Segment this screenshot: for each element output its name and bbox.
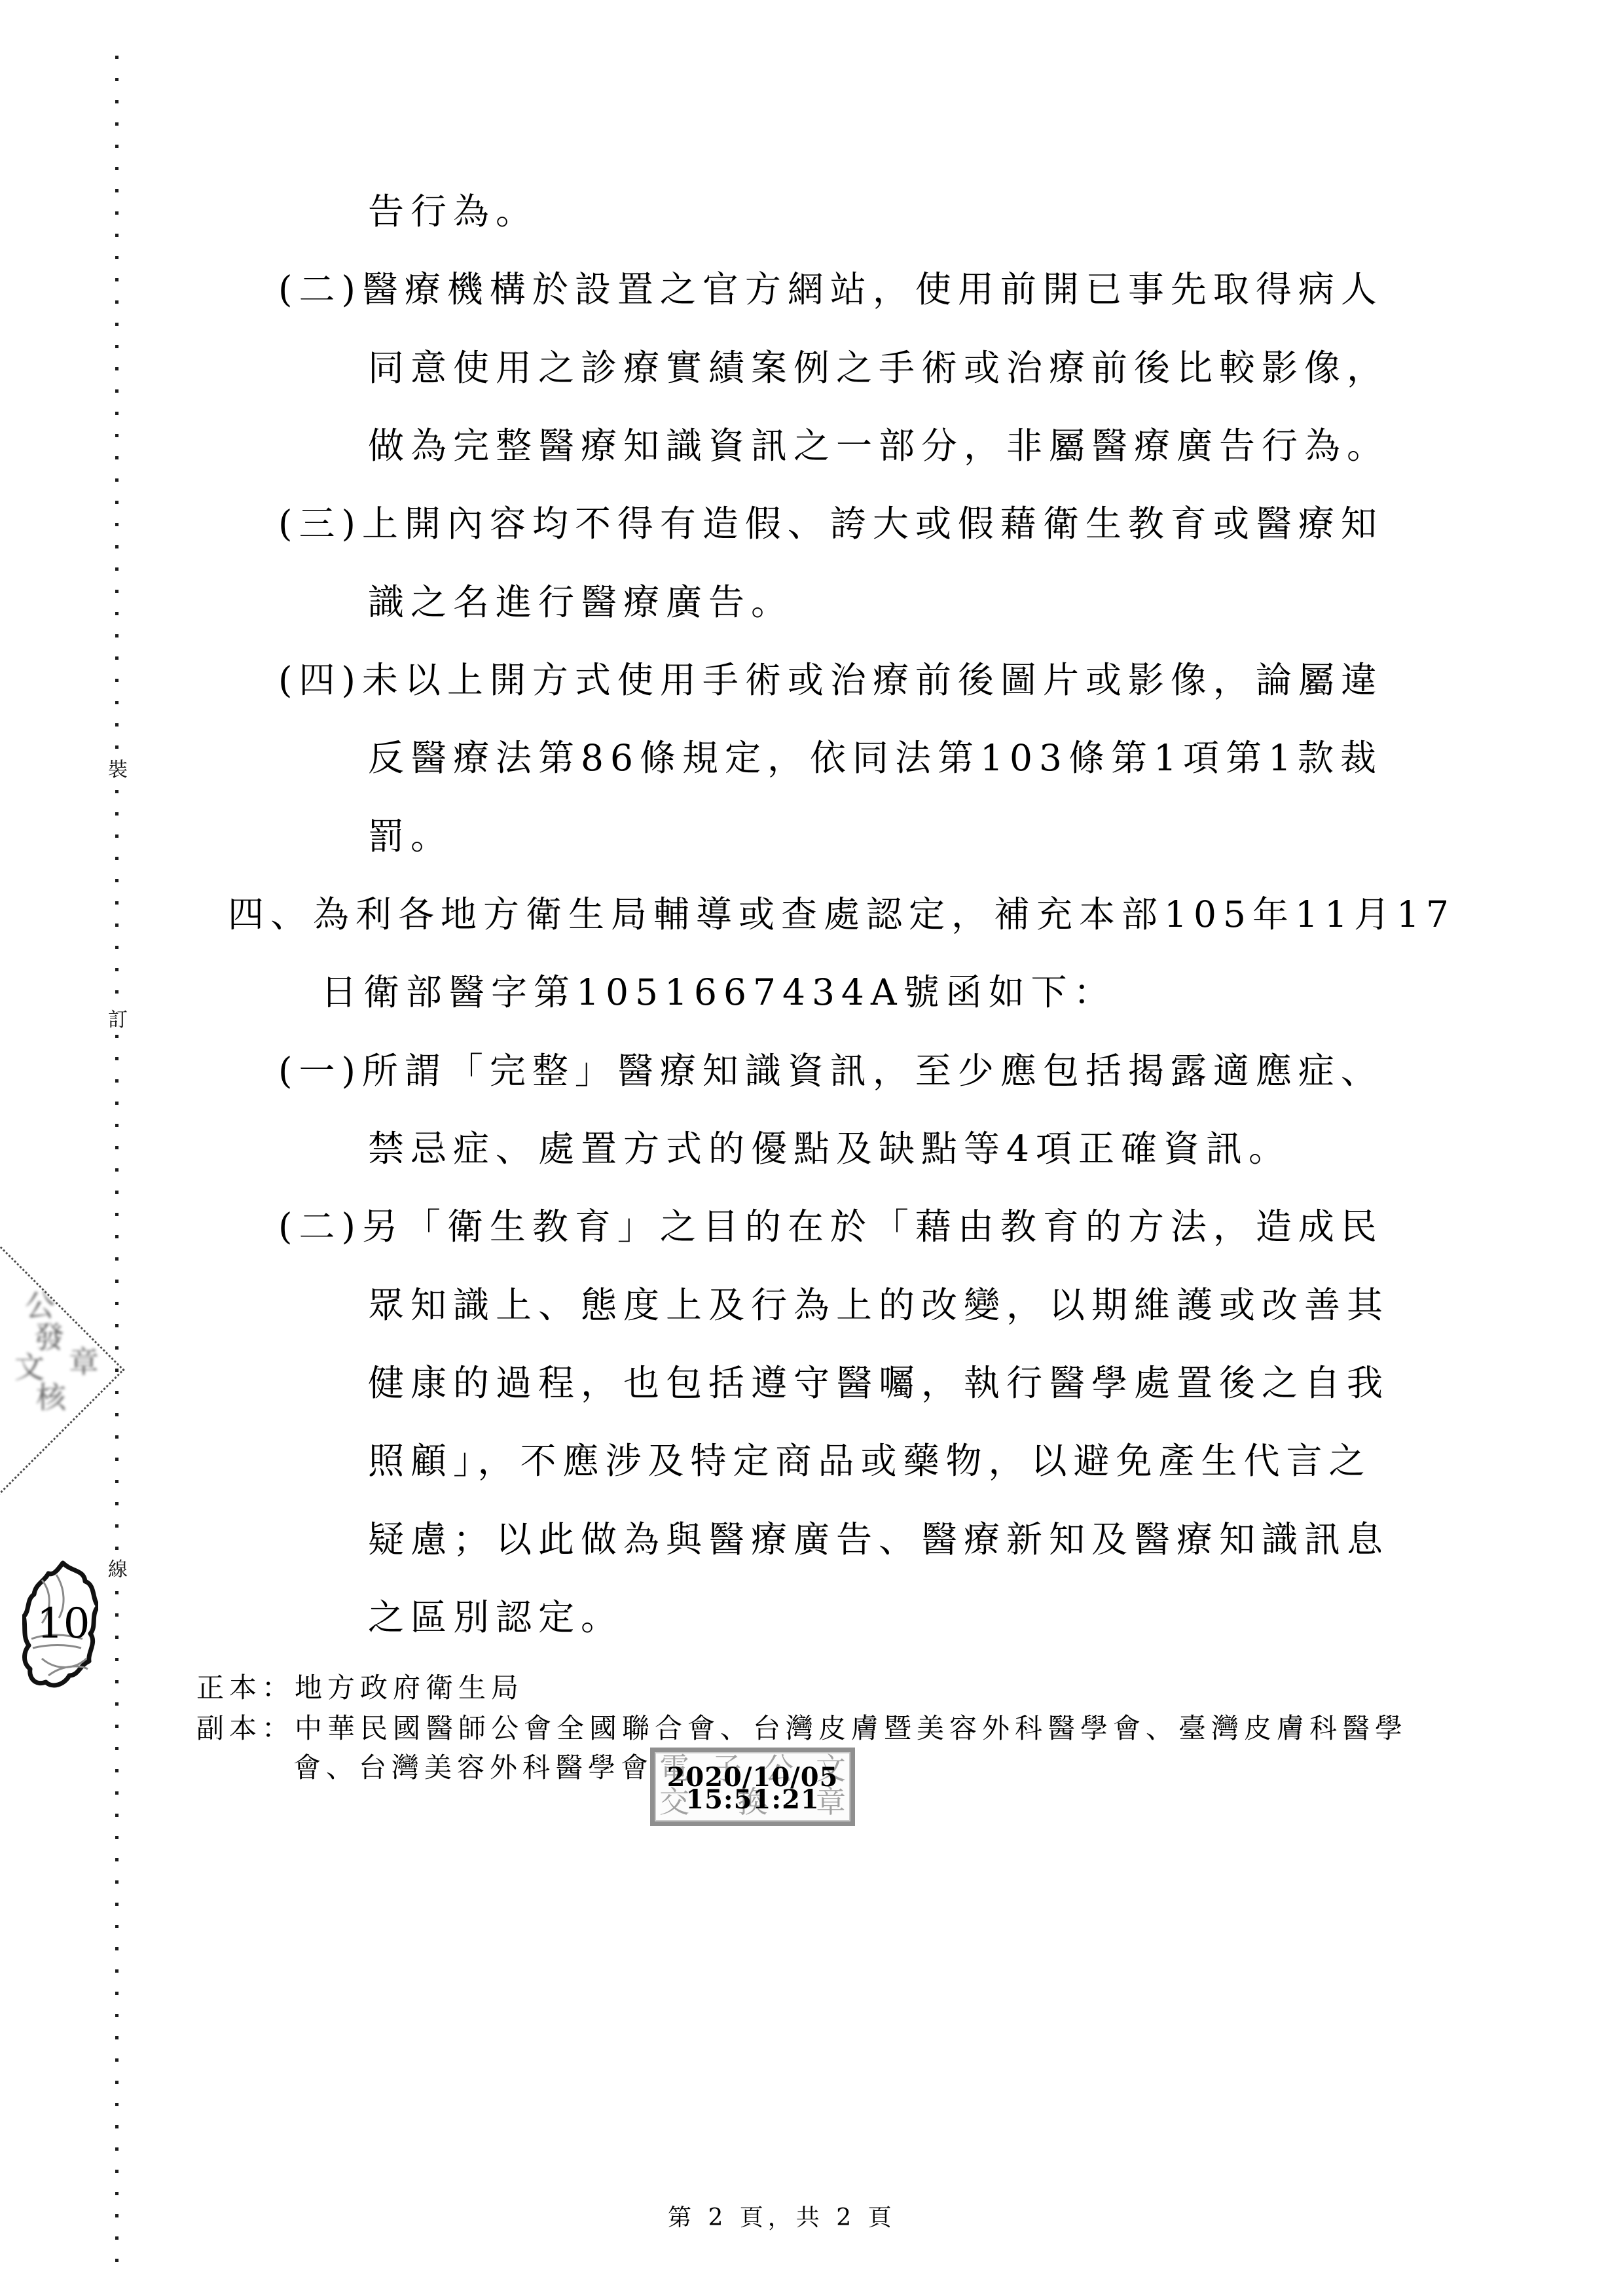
electronic-exchange-stamp: 電 子 公 文 交 換 章 2020/10/05 15:51:21 xyxy=(650,1748,855,1826)
page-number-footer: 第 2 頁，共 2 頁 xyxy=(668,2199,896,2233)
recipient-copy-line1: 副本：中華民國醫師公會全國聯合會、台灣皮膚暨美容外科醫學會、臺灣皮膚科醫學 xyxy=(196,1713,1408,1745)
body-line: 日衛部醫字第1051667434A號函如下： xyxy=(321,973,1116,1013)
page-stamp-number: 10 xyxy=(37,1600,90,1648)
body-line: 做為完整醫療知識資訊之一部分，非屬醫療廣告行為。 xyxy=(368,426,1389,467)
recipient-original-line: 正本：地方政府衛生局 xyxy=(196,1673,524,1704)
body-line: 健康的過程，也包括遵守醫囑，執行醫學處置後之自我 xyxy=(368,1363,1389,1404)
diamond-seal-char: 發 xyxy=(34,1322,64,1352)
body-line: 反醫療法第86條規定，依同法第103條第1項第1款裁 xyxy=(368,738,1383,779)
body-line: 識之名進行醫療廣告。 xyxy=(368,583,793,623)
binding-dotted-line xyxy=(115,56,119,2274)
body-line: 同意使用之診療實績案例之手術或治療前後比較影像， xyxy=(368,348,1389,389)
recipient-copy-line2: 會、台灣美容外科醫學會 xyxy=(293,1753,653,1784)
document-page: 裝 訂 線 公 發 章 文 核 10 告行為。 (二)醫療機構於設置之官方網站，… xyxy=(0,0,1623,2296)
body-line: 眾知識上、態度上及行為上的改變，以期維護或改善其 xyxy=(368,1285,1389,1326)
body-line: (二)另「衛生教育」之目的在於「藉由教育的方法，造成民 xyxy=(278,1207,1383,1247)
body-line: 告行為。 xyxy=(368,192,538,232)
body-line: 疑慮；以此做為與醫療廣告、醫療新知及醫療知識訊息 xyxy=(368,1520,1389,1560)
diamond-seal-char: 文 xyxy=(14,1352,45,1382)
body-line: (二)醫療機構於設置之官方網站，使用前開已事先取得病人 xyxy=(278,270,1383,310)
binding-char-xian: 線 xyxy=(107,1559,129,1581)
diamond-seal-char: 核 xyxy=(36,1382,66,1412)
body-line: 罰。 xyxy=(368,817,453,857)
body-line: 之區別認定。 xyxy=(368,1598,623,1638)
body-line: (一)所謂「完整」醫療知識資訊，至少應包括揭露適應症、 xyxy=(278,1051,1383,1092)
body-line: 禁忌症、處置方式的優點及缺點等4項正確資訊。 xyxy=(368,1129,1291,1170)
body-line: 四、為利各地方衛生局輔導或查處認定，補充本部105年11月17 xyxy=(228,895,1455,935)
diamond-seal-char: 公 xyxy=(25,1291,55,1321)
body-line: (三)上開內容均不得有造假、誇大或假藉衛生教育或醫療知 xyxy=(278,504,1383,545)
binding-char-ding: 訂 xyxy=(107,1009,129,1031)
body-line: 照顧」，不應涉及特定商品或藥物，以避免產生代言之 xyxy=(368,1441,1372,1482)
body-line: (四)未以上開方式使用手術或治療前後圖片或影像，論屬違 xyxy=(278,660,1383,701)
diamond-seal-char: 章 xyxy=(69,1347,99,1377)
binding-char-zhuang: 裝 xyxy=(107,759,129,781)
stamp-datetime: 2020/10/05 15:51:21 xyxy=(655,1767,850,1811)
flower-page-stamp-icon: 10 xyxy=(22,1560,98,1694)
